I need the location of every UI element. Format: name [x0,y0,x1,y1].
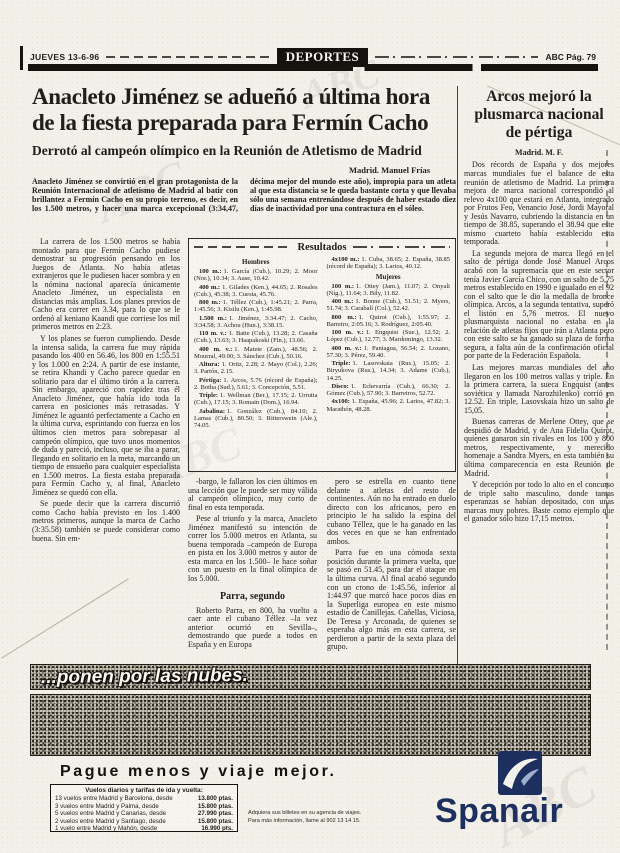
event-label: Pértiga: [199,377,221,384]
article-headline: Anacleto Jiménez se adueñó a última hora… [32,84,456,136]
body-paragraph: Pese al triunfo y la marca, Anacleto Jim… [188,515,317,583]
result-line: 800 m.:1. Téllez (Cub.), 1:45.21; 2. Par… [194,299,318,314]
body-paragraph: Parra fue en una cómoda sexta posición d… [327,549,456,652]
article-column-2: -bargo, le fallaron los cien últimos en … [188,478,317,655]
fare-row: 3 vuelos entre Madrid y Palma, desde 15.… [55,803,233,811]
event-label: 4x100 m.: [332,256,360,263]
result-line: Triple:1. Lasovskaia (Rus.), 15.05; 2. B… [327,360,451,382]
fare-row: 5 vuelos entre Madrid y Canarias, desde … [55,810,233,818]
event-label: 1.500 m.: [199,315,227,322]
issue-date: JUEVES 13-6-96 [30,52,99,62]
event-label: 110 m. v.: [199,330,227,337]
body-paragraph: -bargo, le fallaron los cien últimos en … [188,478,317,512]
lead-paragraph: Anacleto Jiménez se convirtió en el gran… [32,178,456,234]
masthead-thick-rule [28,64,598,71]
masthead: JUEVES 13-6-96 DEPORTES ABC Pág. 79 [30,49,596,65]
result-line: 400 m. v.:1. Paniagua, 56.54; 2. Lozano,… [327,345,451,360]
result-line: Jabalina:1. González (Cub.), 84.10; 2. L… [194,408,318,430]
column-divider-rule [457,86,458,676]
spanair-logo-icon [497,750,543,796]
event-label: Disco: [332,383,349,390]
sidebar-byline: Madrid. M. F. [464,148,614,157]
ad-phone-line: Para más información, llame al 902 13 14… [248,818,361,826]
fare-price: 15.800 ptas. [198,803,233,811]
results-rule [194,246,292,248]
event-label: 400 m.: [199,284,220,291]
newspaper-page: ABC ABC ABC ABC JUEVES 13-6-96 DEPORTES … [0,0,620,853]
sidebar-article: Arcos mejoró la plusmarca nacional de pé… [464,88,614,680]
headline-line-2: de la fiesta preparada para Fermín Cacho [32,110,456,136]
body-paragraph: Buenas carreras de Merlene Ottey, que se… [464,418,614,478]
result-line: 800 m.:1. Quirot (Cub.), 1:55.97; 2. Bar… [327,314,451,329]
masthead-rule [106,56,269,58]
sidebar-headline-line: plusmarca nacional [464,106,614,124]
article-column-3: pero se estrella en cuanto tiene delante… [327,478,456,655]
results-title: Resultados [298,242,347,253]
halftone-ad-banner [30,694,591,756]
result-line: Pértiga:1. Arcos, 5.76 (récord de España… [194,377,318,392]
event-label: Triple: [332,360,351,367]
body-paragraph: pero se estrella en cuanto tiene delante… [327,478,456,546]
results-column-men: Hombres 100 m.:1. García (Cub.), 10.29; … [194,256,318,431]
results-title-row: Resultados [194,241,450,254]
event-label: 400 m. v.: [332,345,362,352]
body-paragraph: Y los planes se fueron cumpliendo. Desde… [32,335,180,497]
headline-line-1: Anacleto Jiménez se adueñó a última hora [32,84,456,110]
halftone-ad-strip: ...ponen por las nubes. [30,664,591,690]
article-subhead: Derrotó al campeón olímpico en la Reunió… [32,143,456,159]
result-line: 1.500 m.:1. Jiménez, 3:34.47; 2. Cacho, … [194,315,318,330]
result-line: 4x100:1. España, 45.96; 2. Larios, 47.82… [327,398,451,413]
result-line: 100 m. v.:1. Engquist (Sue.), 12.52; 2. … [327,329,451,344]
article-byline: Madrid. Manuel Frías [32,165,430,175]
result-line: 400 m.:1. Bonne (Cub.), 51.51; 2. Myers,… [327,298,451,313]
result-line: 100 m.:1. García (Cub.), 10.29; 2. Moor … [194,268,318,283]
masthead-rule [375,56,538,58]
event-label: 100 m.: [199,268,221,275]
spanair-ad: Pague menos y viaje mejor. Vuelos diario… [30,758,591,850]
ad-note-line: Adquiera sus billetes en su agencia de v… [248,810,361,818]
fare-route: 3 vuelos entre Madrid y Palma, desde [55,803,159,811]
body-paragraph: Dos récords de España y dos mejores marc… [464,161,614,246]
fares-box-title: Vuelos diarios y tarifas de ida y vuelta… [55,787,233,794]
sidebar-headline: Arcos mejoró la plusmarca nacional de pé… [464,88,614,141]
fare-price: 16.990 pts. [201,825,233,833]
results-men-header: Hombres [194,258,318,266]
fare-route: 13 vuelos entre Madrid y Barcelona, desd… [55,795,173,803]
article-column-1: La carrera de los 1.500 metros se había … [32,238,180,680]
fare-row: 13 vuelos entre Madrid y Barcelona, desd… [55,795,233,803]
result-line: Disco:1. Echevarría (Cub.), 66.30; 2. Gó… [327,383,451,398]
sidebar-headline-line: de pértiga [464,124,614,142]
body-paragraph: Y decepción por todo lo alto en el concu… [464,481,614,524]
results-column-women: 4x100 m.:1. Cuba, 38.65; 2. España, 38.8… [327,256,451,431]
fare-price: 13.800 ptas. [198,795,233,803]
result-line: Altura:1. Ortiz, 2.28; 2. Mayo (Col.), 2… [194,361,318,376]
ad-slogan: ...ponen por las nubes. [41,665,248,689]
event-label: 100 m. v.: [332,329,364,336]
result-line: 110 m. v.:1. Batte (Cub.), 13.28; 2. Cas… [194,330,318,345]
fare-price: 27.990 ptas. [198,810,233,818]
fare-price: 15.800 ptas. [198,818,233,826]
fare-route: 1 vuelo entre Madrid y Mahón, desde [55,825,157,833]
fares-box: Vuelos diarios y tarifas de ida y vuelta… [50,784,238,832]
body-paragraph: Roberto Parra, en 800, ha vuelto a caer … [188,607,317,650]
event-label: Jabalina: [199,408,225,415]
body-paragraph: Las mejores marcas mundiales del año lle… [464,364,614,415]
fare-row: 1 vuelo entre Madrid y Mahón, desde 16.9… [55,825,233,833]
article-center-area: Resultados Hombres 100 m.:1. García (Cub… [188,238,456,680]
crosshead: Parra, segundo [188,591,317,602]
result-line: 400 m. v.:1. Matete (Zam.), 48.56; 2. Mo… [194,346,318,361]
results-women-header: Mujeres [327,273,451,281]
fare-route: 2 vuelos entre Madrid y Santiago, desde [55,818,166,826]
event-label: 4x100: [332,398,350,405]
spanair-wordmark: Spanair [435,792,563,831]
results-rule [353,246,451,248]
event-label: 800 m.: [199,299,221,306]
event-label: 400 m.: [332,298,354,305]
results-box: Resultados Hombres 100 m.:1. García (Cub… [188,238,456,472]
article-body: La carrera de los 1.500 metros se había … [32,238,456,680]
event-label: 100 m.: [332,283,355,290]
body-paragraph: Se puede decir que la carrera discurrió … [32,500,180,543]
page-reference: ABC Pág. 79 [545,52,596,62]
result-line: Triple:1. Wellman (Ber.), 17.15; 2. Urru… [194,392,318,407]
ad-contact-note: Adquiera sus billetes en su agencia de v… [248,810,361,825]
result-line: 400 m.:1. Gilades (Ken.), 44.65; 2. Rosa… [194,284,318,299]
event-label: 400 m. v.: [199,346,232,353]
event-label: Triple: [199,392,218,399]
sidebar-headline-line: Arcos mejoró la [464,88,614,106]
body-paragraph: La segunda mejora de marca llegó en el s… [464,250,614,361]
event-label: Altura: [199,361,220,368]
ad-headline: Pague menos y viaje mejor. [60,763,337,781]
page-frame-corner [20,46,23,70]
event-label: 800 m.: [332,314,357,321]
body-paragraph: La carrera de los 1.500 metros se había … [32,238,180,332]
result-line: 4x100 m.:1. Cuba, 38.65; 2. España, 38.8… [327,256,451,271]
result-line: 100 m.:1. Ottey (Jam.), 11.07; 2. Onyali… [327,283,451,298]
main-article: Anacleto Jiménez se adueñó a última hora… [32,84,456,680]
fare-route: 5 vuelos entre Madrid y Canarias, desde [55,810,166,818]
fare-row: 2 vuelos entre Madrid y Santiago, desde … [55,818,233,826]
